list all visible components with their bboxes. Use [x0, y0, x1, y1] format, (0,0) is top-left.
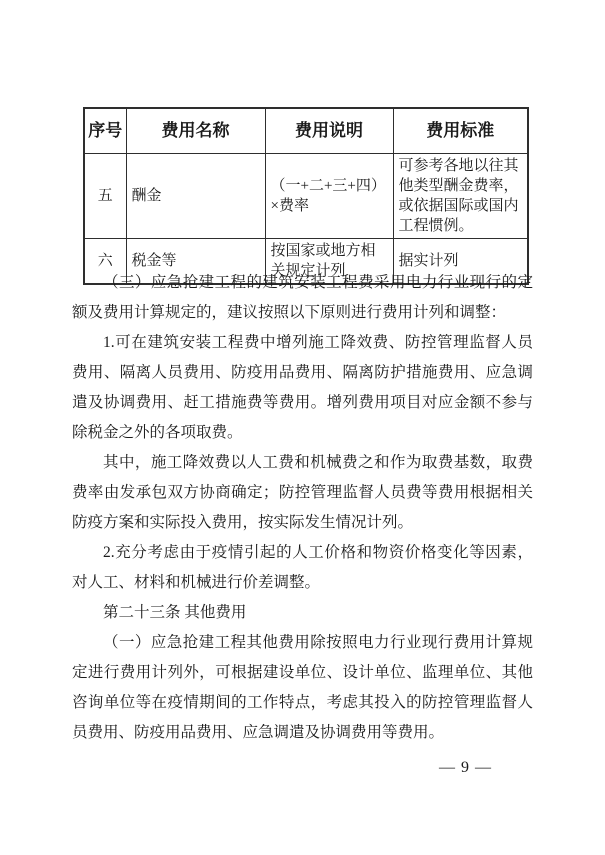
cell-no: 五: [84, 154, 126, 239]
paragraph-section-3: （三）应急抢建工程的建筑安装工程费采用电力行业现行的定额及费用计算规定的，建议按…: [72, 268, 533, 328]
header-cell-standard: 费用标准: [393, 108, 528, 154]
paragraph-section-1: （一）应急抢建工程其他费用除按照电力行业现行费用计算规定进行费用计列外，可根据建…: [72, 628, 533, 748]
fee-table: 序号 费用名称 费用说明 费用标准 五 酬金 （一+二+三+四）×费率 可参考各…: [83, 107, 529, 285]
page-number: — 9 —: [0, 756, 492, 780]
document-page: 序号 费用名称 费用说明 费用标准 五 酬金 （一+二+三+四）×费率 可参考各…: [0, 0, 605, 855]
paragraph-item-1: 1.可在建筑安装工程费中增列施工降效费、防控管理监督人员费用、隔离人员费用、防疫…: [72, 328, 533, 448]
table-row-five: 五 酬金 （一+二+三+四）×费率 可参考各地以往其他类型酬金费率，或依据国际或…: [84, 154, 528, 239]
paragraph-item-2: 2.充分考虑由于疫情引起的人工价格和物资价格变化等因素，对人工、材料和机械进行价…: [72, 538, 533, 598]
cell-fee-standard: 可参考各地以往其他类型酬金费率，或依据国际或国内工程惯例。: [393, 154, 528, 239]
cell-fee-name: 酬金: [126, 154, 265, 239]
cell-fee-description: （一+二+三+四）×费率: [265, 154, 393, 239]
section-heading-article-23: 第二十三条 其他费用: [72, 598, 533, 628]
header-cell-no: 序号: [84, 108, 126, 154]
paragraph-item-1-note: 其中，施工降效费以人工费和机械费之和作为取费基数，取费费率由发承包双方协商确定；…: [72, 448, 533, 538]
fee-table-header-row: 序号 费用名称 费用说明 费用标准: [84, 108, 528, 154]
header-cell-name: 费用名称: [126, 108, 265, 154]
header-cell-description: 费用说明: [265, 108, 393, 154]
document-body: （三）应急抢建工程的建筑安装工程费采用电力行业现行的定额及费用计算规定的，建议按…: [72, 268, 533, 748]
